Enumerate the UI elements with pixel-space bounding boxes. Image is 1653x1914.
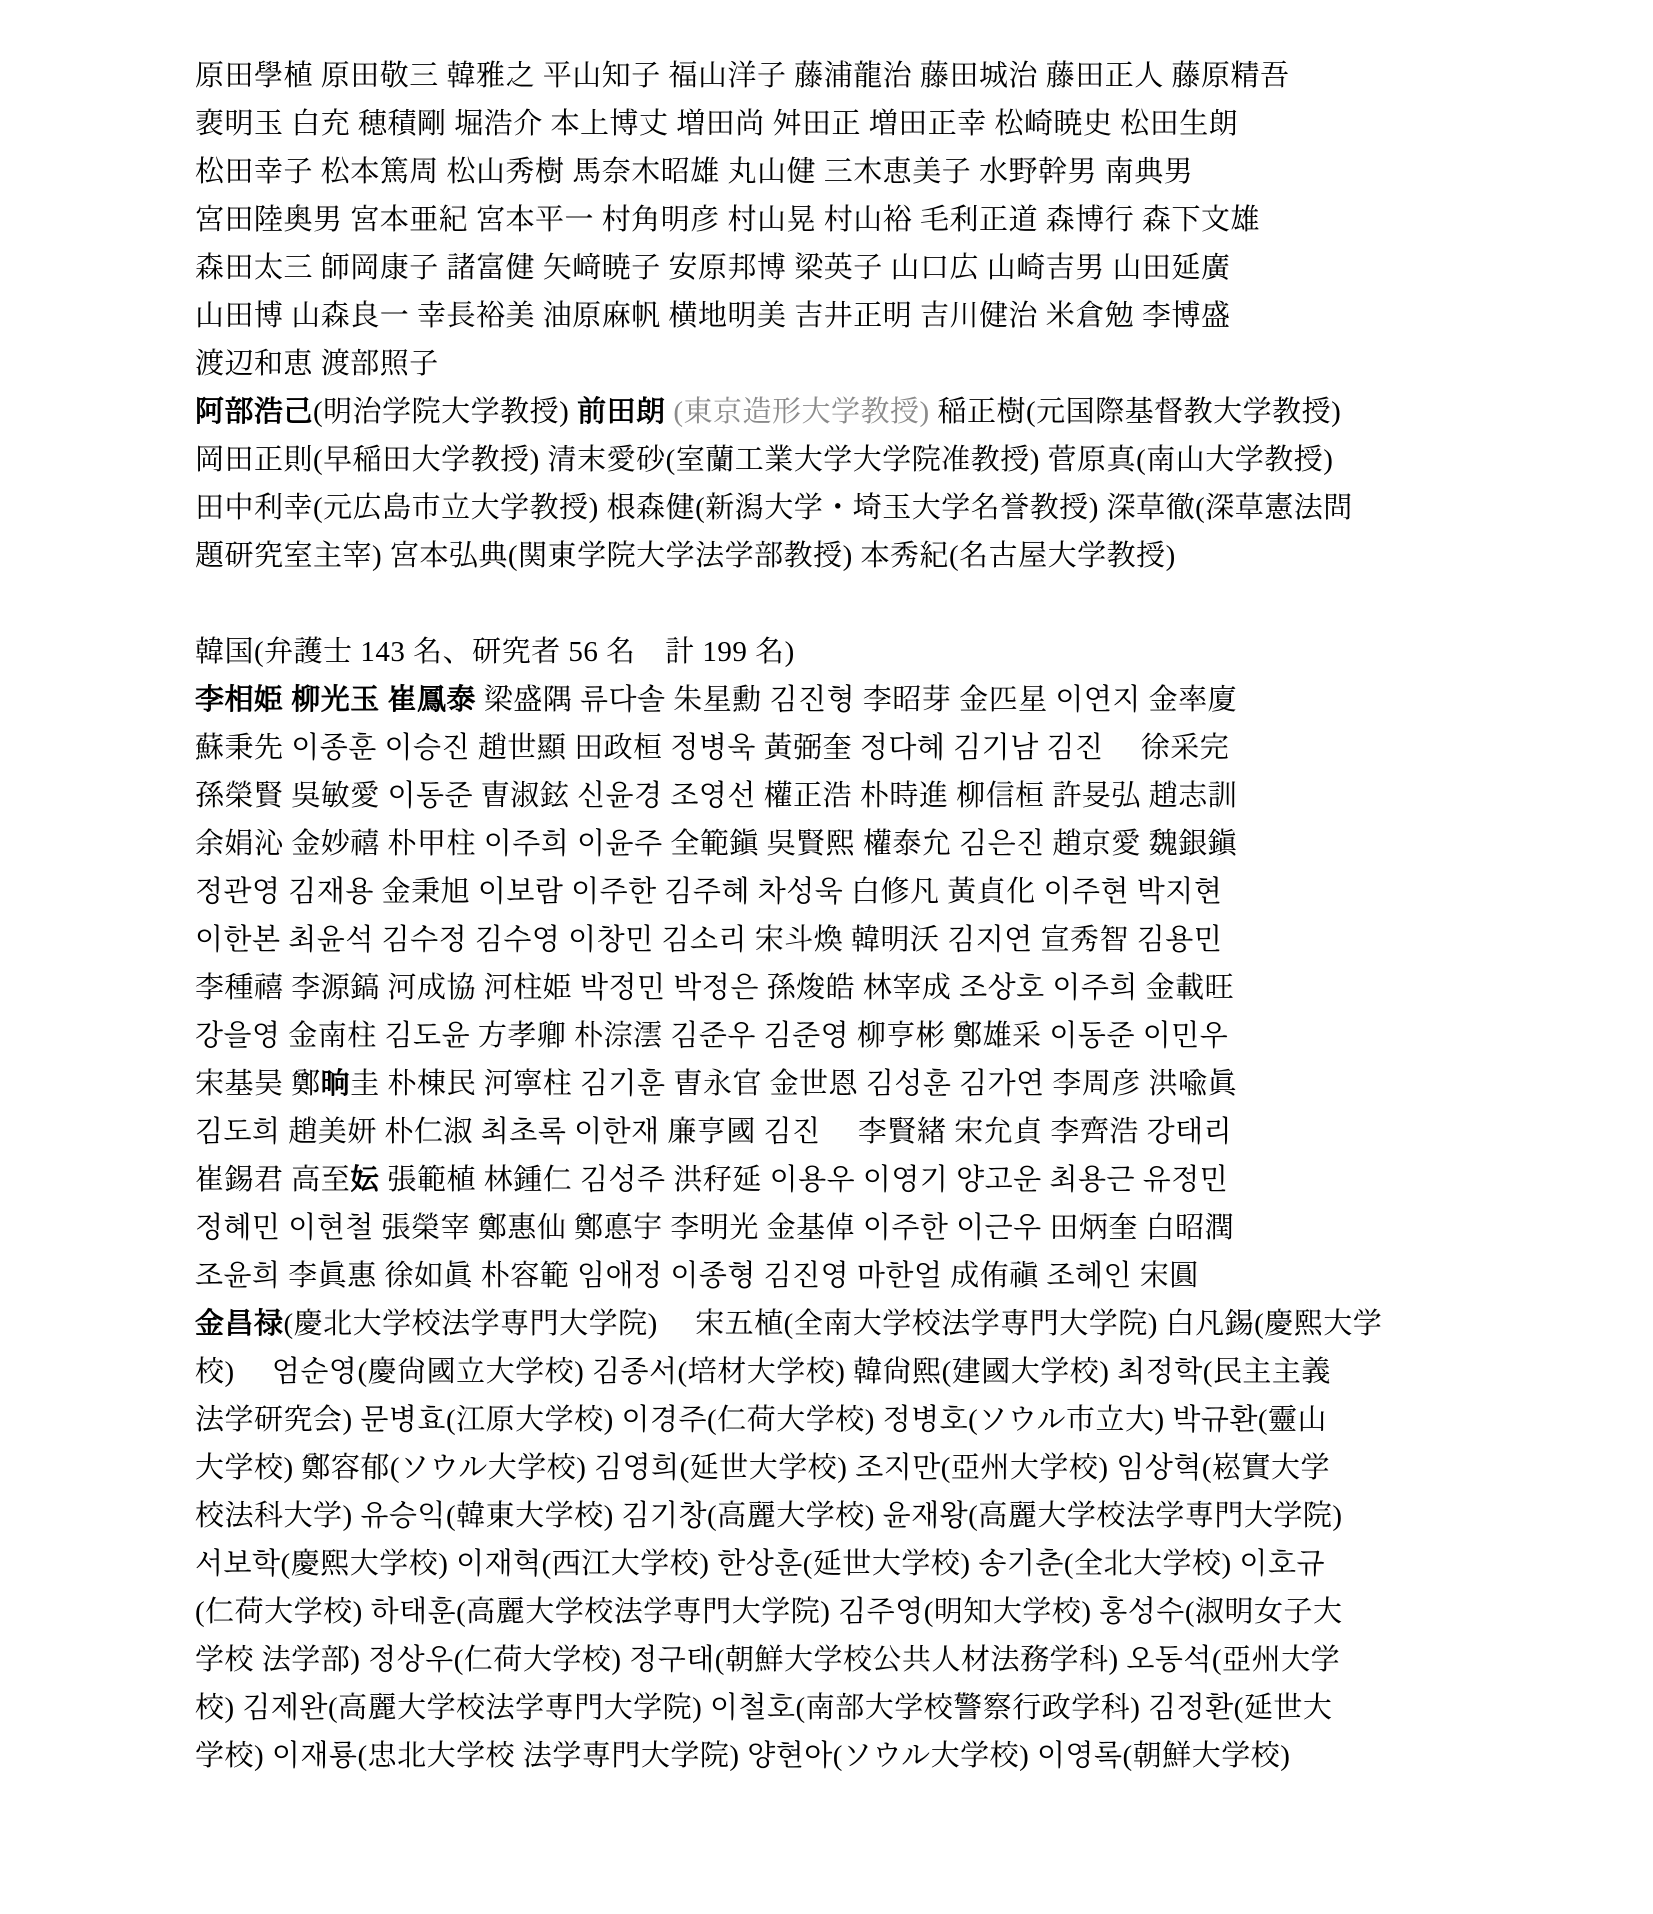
jp-lawyers-line-7: 渡辺和恵 渡部照子 (195, 340, 1485, 388)
kr-scholars-line-6: 서보학(慶熙大学校) 이재혁(西江大学校) 한상훈(延世大学校) 송기춘(全北大… (195, 1540, 1485, 1588)
jp-lawyers-line-3: 松田幸子 松本篤周 松山秀樹 馬奈木昭雄 丸山健 三木恵美子 水野幹男 南典男 (195, 148, 1485, 196)
name-text: 정관영 김재용 金秉旭 이보람 이주한 김주혜 차성욱 白修凡 黃貞化 이주현 … (195, 876, 1222, 908)
name-text: 田中利幸(元広島市立大学教授) 根森健(新潟大学・埼玉大学名誉教授) 深草徹(深… (195, 492, 1353, 524)
jp-lawyers-line-1: 原田學植 原田敬三 韓雅之 平山知子 福山洋子 藤浦龍治 藤田城治 藤田正人 藤… (195, 52, 1485, 100)
name-text: 校) 엄순영(慶尙國立大学校) 김종서(培材大学校) 韓尙熙(建國大学校) 최정… (195, 1356, 1331, 1388)
kr-scholars-line-9: 校) 김제완(高麗大学校法学専門大学院) 이철호(南部大学校警察行政学科) 김정… (195, 1684, 1485, 1732)
name-text: 이한본 최윤석 김수정 김수영 이창민 김소리 宋斗煥 韓明沃 김지연 宣秀智 … (195, 924, 1222, 956)
kr-scholars-line-4: 大学校) 鄭容郁(ソウル大学校) 김영희(延世大学校) 조지만(亞州大学校) 임… (195, 1444, 1485, 1492)
jp-lawyers-line-5: 森田太三 師岡康子 諸富健 矢﨑暁子 安原邦博 梁英子 山口広 山崎吉男 山田延… (195, 244, 1485, 292)
name-text: 稲正樹(元国際基督教大学教授) (930, 396, 1342, 428)
kr-lawyers-line-1: 李相姫 柳光玉 崔鳳泰 梁盛隅 류다솔 朱星勳 김진형 李昭芽 金匹星 이연지 … (195, 676, 1485, 724)
kr-lawyers-line-6: 이한본 최윤석 김수정 김수영 이창민 김소리 宋斗煥 韓明沃 김지연 宣秀智 … (195, 916, 1485, 964)
name-text: 森田太三 師岡康子 諸富健 矢﨑暁子 安原邦博 梁英子 山口広 山崎吉男 山田延… (195, 252, 1231, 284)
kr-lawyers-line-5: 정관영 김재용 金秉旭 이보람 이주한 김주혜 차성욱 白修凡 黃貞化 이주현 … (195, 868, 1485, 916)
name-text: 学校 法学部) 정상우(仁荷大学校) 정구태(朝鮮大学校公共人材法務学科) 오동… (195, 1644, 1340, 1676)
jp-scholars-line-2: 岡田正則(早稲田大学教授) 清末愛砂(室蘭工業大学大学院准教授) 菅原真(南山大… (195, 436, 1485, 484)
name-text: 校) 김제완(高麗大学校法学専門大学院) 이철호(南部大学校警察行政学科) 김정… (195, 1692, 1332, 1724)
name-text: 조윤희 李眞惠 徐如眞 朴容範 임애정 이종형 김진영 마한얼 成侑禛 조혜인 … (195, 1260, 1199, 1292)
name-text: 大学校) 鄭容郁(ソウル大学校) 김영희(延世大学校) 조지만(亞州大学校) 임… (195, 1452, 1330, 1484)
kr-lawyers-line-2: 蘇秉先 이종훈 이승진 趙世顯 田政桓 정병욱 黃弼奎 정다혜 김기남 김진 徐… (195, 724, 1485, 772)
name-text: 蘇秉先 이종훈 이승진 趙世顯 田政桓 정병욱 黃弼奎 정다혜 김기남 김진 徐… (195, 732, 1229, 764)
name-text: 宋基昊 鄭 (195, 1068, 321, 1100)
bold-name-text: 前田朗 (577, 396, 666, 428)
name-text: 裵明玉 白充 穂積剛 堀浩介 本上博丈 増田尚 舛田正 増田正幸 松崎暁史 松田… (195, 108, 1238, 140)
name-text: (明治学院大学教授) (313, 396, 577, 428)
bold-name-text: 金昌禄 (195, 1308, 284, 1340)
name-text: 学校) 이재룡(忠北大学校 法学専門大学院) 양현아(ソウル大学校) 이영록(朝… (195, 1740, 1290, 1772)
name-text: 原田學植 原田敬三 韓雅之 平山知子 福山洋子 藤浦龍治 藤田城治 藤田正人 藤… (195, 60, 1290, 92)
kr-scholars-line-1: 金昌禄(慶北大学校法学専門大学院) 宋五植(全南大学校法学専門大学院) 白凡錫(… (195, 1300, 1485, 1348)
kr-scholars-line-8: 学校 法学部) 정상우(仁荷大学校) 정구태(朝鮮大学校公共人材法務学科) 오동… (195, 1636, 1485, 1684)
spacer-line (195, 580, 1485, 628)
name-text: 岡田正則(早稲田大学教授) 清末愛砂(室蘭工業大学大学院准教授) 菅原真(南山大… (195, 444, 1333, 476)
name-text: 宮田陸奥男 宮本亜紀 宮本平一 村角明彦 村山晃 村山裕 毛利正道 森博行 森下… (195, 204, 1260, 236)
muted-affiliation-text: (東京造形大学教授) (666, 396, 930, 428)
kr-lawyers-line-12: 정혜민 이현철 張榮宰 鄭惠仙 鄭悳宇 李明光 金基倬 이주한 이근우 田炳奎 … (195, 1204, 1485, 1252)
kr-scholars-line-10: 学校) 이재룡(忠北大学校 法学専門大学院) 양현아(ソウル大学校) 이영록(朝… (195, 1732, 1485, 1780)
document-page: 原田學植 原田敬三 韓雅之 平山知子 福山洋子 藤浦龍治 藤田城治 藤田正人 藤… (0, 0, 1653, 1914)
jp-scholars-line-4: 題研究室主宰) 宮本弘典(関東学院大学法学部教授) 本秀紀(名古屋大学教授) (195, 532, 1485, 580)
name-text: 梁盛隅 류다솔 朱星勳 김진형 李昭芽 金匹星 이연지 金率廈 (476, 684, 1237, 716)
name-text: 김도희 趙美妍 朴仁淑 최초록 이한재 廉亨國 김진 李賢緖 宋允貞 李齊浩 강… (195, 1116, 1232, 1148)
name-text: (仁荷大学校) 하태훈(高麗大学校法学専門大学院) 김주영(明知大学校) 홍성수… (195, 1596, 1342, 1628)
name-text: 강을영 金南柱 김도윤 方孝卿 朴淙澐 김준우 김준영 柳亨彬 鄭雄采 이동준 … (195, 1020, 1228, 1052)
jp-scholars-line-1: 阿部浩己(明治学院大学教授) 前田朗 (東京造形大学教授) 稲正樹(元国際基督教… (195, 388, 1485, 436)
kr-lawyers-line-10: 김도희 趙美妍 朴仁淑 최초록 이한재 廉亨國 김진 李賢緖 宋允貞 李齊浩 강… (195, 1108, 1485, 1156)
kr-lawyers-line-3: 孫榮賢 吳敏愛 이동준 曺淑鉉 신윤경 조영선 權正浩 朴時進 柳信桓 許旻弘 … (195, 772, 1485, 820)
name-text: 題研究室主宰) 宮本弘典(関東学院大学法学部教授) 本秀紀(名古屋大学教授) (195, 540, 1176, 572)
bold-name-text: 阿部浩己 (195, 396, 313, 428)
jp-lawyers-line-2: 裵明玉 白充 穂積剛 堀浩介 本上博丈 増田尚 舛田正 増田正幸 松崎暁史 松田… (195, 100, 1485, 148)
name-text: 余娟沁 金妙禧 朴甲柱 이주희 이윤주 全範鎭 吳賢熙 權泰允 김은진 趙京愛 … (195, 828, 1237, 860)
name-text: 法学研究会) 문병효(江原大学校) 이경주(仁荷大学校) 정병호(ソウル市立大)… (195, 1404, 1327, 1436)
name-text: 渡辺和恵 渡部照子 (195, 348, 439, 380)
kr-scholars-line-2: 校) 엄순영(慶尙國立大学校) 김종서(培材大学校) 韓尙熙(建國大学校) 최정… (195, 1348, 1485, 1396)
name-text: 孫榮賢 吳敏愛 이동준 曺淑鉉 신윤경 조영선 權正浩 朴時進 柳信桓 許旻弘 … (195, 780, 1237, 812)
kr-lawyers-line-9: 宋基昊 鄭晌圭 朴棟民 河寧柱 김기훈 曺永官 金世恩 김성훈 김가연 李周彦 … (195, 1060, 1485, 1108)
bold-name-text: 妘 (350, 1164, 380, 1196)
kr-lawyers-line-8: 강을영 金南柱 김도윤 方孝卿 朴淙澐 김준우 김준영 柳亨彬 鄭雄采 이동준 … (195, 1012, 1485, 1060)
name-text: 圭 朴棟民 河寧柱 김기훈 曺永官 金世恩 김성훈 김가연 李周彦 洪喩眞 (350, 1068, 1237, 1100)
name-text: (慶北大学校法学専門大学院) 宋五植(全南大学校法学専門大学院) 白凡錫(慶熙大… (284, 1308, 1383, 1340)
name-text: 山田博 山森良一 幸長裕美 油原麻帆 横地明美 吉井正明 吉川健治 米倉勉 李博… (195, 300, 1231, 332)
kr-scholars-line-3: 法学研究会) 문병효(江原大学校) 이경주(仁荷大学校) 정병호(ソウル市立大)… (195, 1396, 1485, 1444)
name-text: 정혜민 이현철 張榮宰 鄭惠仙 鄭悳宇 李明光 金基倬 이주한 이근우 田炳奎 … (195, 1212, 1234, 1244)
kr-lawyers-line-13: 조윤희 李眞惠 徐如眞 朴容範 임애정 이종형 김진영 마한얼 成侑禛 조혜인 … (195, 1252, 1485, 1300)
jp-lawyers-line-6: 山田博 山森良一 幸長裕美 油原麻帆 横地明美 吉井正明 吉川健治 米倉勉 李博… (195, 292, 1485, 340)
bold-name-text: 晌 (321, 1068, 351, 1100)
kr-lawyers-line-11: 崔錫君 高至妘 張範植 林鍾仁 김성주 洪秄延 이용우 이영기 양고운 최용근 … (195, 1156, 1485, 1204)
kr-scholars-line-5: 校法科大学) 유승익(韓東大学校) 김기창(高麗大学校) 윤재왕(高麗大学校法学… (195, 1492, 1485, 1540)
korea-header-line: 韓国(弁護士 143 名、研究者 56 名 計 199 名) (195, 628, 1485, 676)
name-text: 崔錫君 高至 (195, 1164, 350, 1196)
name-text: 張範植 林鍾仁 김성주 洪秄延 이용우 이영기 양고운 최용근 유정민 (380, 1164, 1229, 1196)
jp-lawyers-line-4: 宮田陸奥男 宮本亜紀 宮本平一 村角明彦 村山晃 村山裕 毛利正道 森博行 森下… (195, 196, 1485, 244)
jp-scholars-line-3: 田中利幸(元広島市立大学教授) 根森健(新潟大学・埼玉大学名誉教授) 深草徹(深… (195, 484, 1485, 532)
document-content: 原田學植 原田敬三 韓雅之 平山知子 福山洋子 藤浦龍治 藤田城治 藤田正人 藤… (195, 52, 1485, 1780)
kr-lawyers-line-7: 李種禧 李源鎬 河成協 河柱姫 박정민 박정은 孫焌皓 林宰成 조상호 이주희 … (195, 964, 1485, 1012)
name-text: 校法科大学) 유승익(韓東大学校) 김기창(高麗大学校) 윤재왕(高麗大学校法学… (195, 1500, 1342, 1532)
name-text: 韓国(弁護士 143 名、研究者 56 名 計 199 名) (195, 636, 795, 668)
name-text: 서보학(慶熙大学校) 이재혁(西江大学校) 한상훈(延世大学校) 송기춘(全北大… (195, 1548, 1325, 1580)
name-text: 李種禧 李源鎬 河成協 河柱姫 박정민 박정은 孫焌皓 林宰成 조상호 이주희 … (195, 972, 1234, 1004)
kr-scholars-line-7: (仁荷大学校) 하태훈(高麗大学校法学専門大学院) 김주영(明知大学校) 홍성수… (195, 1588, 1485, 1636)
bold-name-text: 李相姫 柳光玉 崔鳳泰 (195, 684, 476, 716)
kr-lawyers-line-4: 余娟沁 金妙禧 朴甲柱 이주희 이윤주 全範鎭 吳賢熙 權泰允 김은진 趙京愛 … (195, 820, 1485, 868)
name-text: 松田幸子 松本篤周 松山秀樹 馬奈木昭雄 丸山健 三木恵美子 水野幹男 南典男 (195, 156, 1193, 188)
